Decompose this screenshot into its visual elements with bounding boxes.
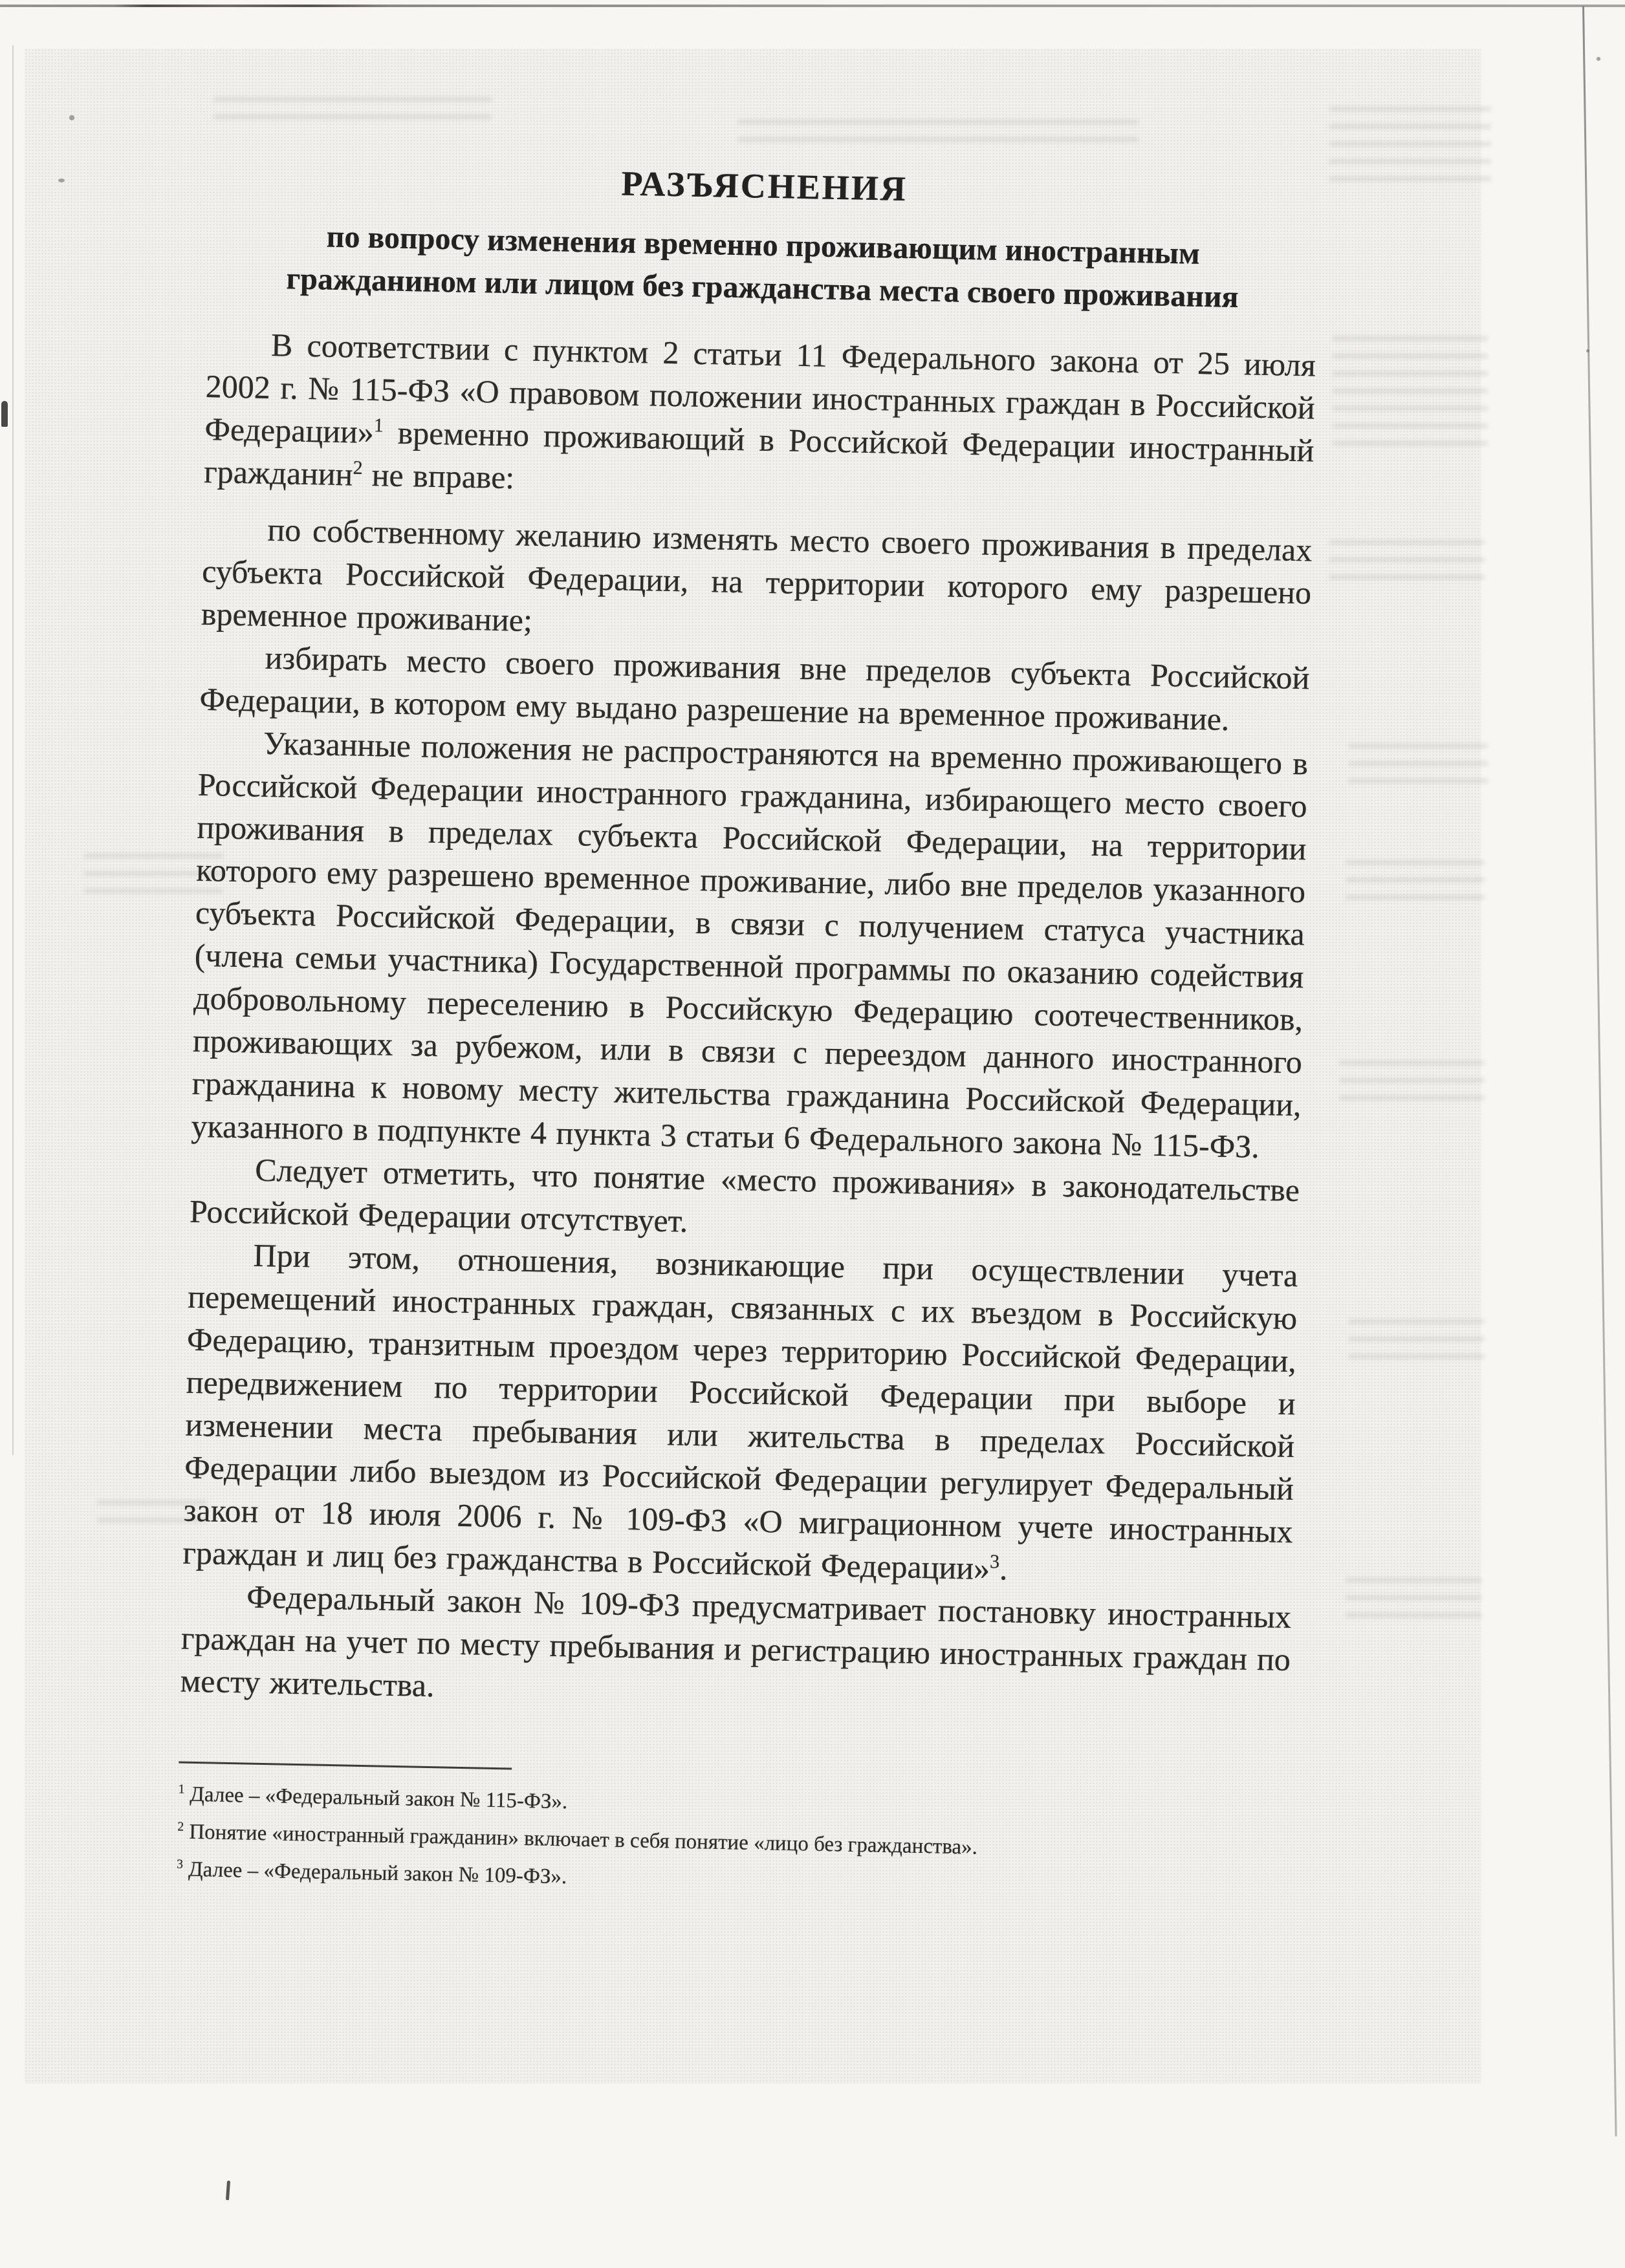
footnote-marker: 1 xyxy=(178,1782,184,1797)
paper-right-edge-line xyxy=(1582,6,1617,2137)
footnote-marker: 3 xyxy=(177,1857,183,1871)
footnote-text: Понятие «иностранный гражданин» включает… xyxy=(184,1820,978,1859)
bleedthrough-smudge xyxy=(1333,336,1488,446)
bleedthrough-smudge xyxy=(213,97,492,123)
document-subtitle: по вопросу изменения временно проживающи… xyxy=(208,213,1318,320)
paragraph: При этом, отношения, возникающие при осу… xyxy=(182,1233,1298,1595)
footnotes-section: 1 Далее – «Федеральный закон № 115-ФЗ».2… xyxy=(177,1762,1288,1905)
bleedthrough-smudge xyxy=(1349,1319,1485,1365)
footnote-ref: 1 xyxy=(374,415,384,436)
document-text-block: РАЗЪЯСНЕНИЯ по вопросу изменения временн… xyxy=(176,152,1319,1914)
paragraph: В соответствии с пунктом 2 статьи 11 Фед… xyxy=(204,322,1316,514)
ink-tick-mark xyxy=(226,2181,230,2200)
bleedthrough-smudge xyxy=(1329,107,1491,191)
paragraph-text: Федеральный закон № 109-ФЗ предусматрива… xyxy=(180,1579,1291,1704)
footnote-list: 1 Далее – «Федеральный закон № 115-ФЗ».2… xyxy=(177,1780,1288,1905)
paragraph-text: Указанные положения не распространяются … xyxy=(191,725,1308,1165)
footnote-ref: 2 xyxy=(353,457,363,479)
footnote-marker: 2 xyxy=(177,1820,184,1834)
bleedthrough-smudge xyxy=(1349,744,1488,789)
bleedthrough-smudge xyxy=(737,120,1139,147)
paragraph: Федеральный закон № 109-ФЗ предусматрива… xyxy=(180,1574,1292,1723)
footnote-text: Далее – «Федеральный закон № 115-ФЗ». xyxy=(184,1783,568,1814)
paragraph: Указанные положения не распространяются … xyxy=(191,720,1309,1169)
paragraph: по собственному желанию изменять место с… xyxy=(201,507,1313,656)
paragraph-text: При этом, отношения, возникающие при осу… xyxy=(182,1237,1298,1586)
paper-speck xyxy=(1597,57,1600,61)
paper-speck xyxy=(1586,349,1589,352)
footnote-separator-rule xyxy=(179,1762,512,1770)
paper-speck xyxy=(58,178,65,182)
footnote-ref: 3 xyxy=(990,1551,1000,1572)
paragraph-text: . xyxy=(999,1550,1009,1586)
bleedthrough-smudge xyxy=(1339,1061,1485,1103)
scan-left-edge-line xyxy=(12,45,14,1455)
paper-speck xyxy=(69,115,74,120)
scanned-document-page: { "page": { "background_color": "#f7f6f3… xyxy=(0,0,1625,2268)
paragraph-text: не вправе: xyxy=(362,457,515,496)
ink-mark xyxy=(1,401,8,427)
footnote-text: Далее – «Федеральный закон № 109-ФЗ». xyxy=(183,1858,567,1889)
scan-top-edge-line xyxy=(0,5,1625,7)
paragraphs: В соответствии с пунктом 2 статьи 11 Фед… xyxy=(180,322,1316,1723)
bleedthrough-smudge xyxy=(1329,540,1485,585)
paragraph-text: избирать место своего проживания вне пре… xyxy=(199,640,1310,737)
paragraph-text: по собственному желанию изменять место с… xyxy=(201,512,1312,638)
bleedthrough-smudge xyxy=(1346,860,1485,903)
bleedthrough-smudge xyxy=(1346,1578,1481,1621)
